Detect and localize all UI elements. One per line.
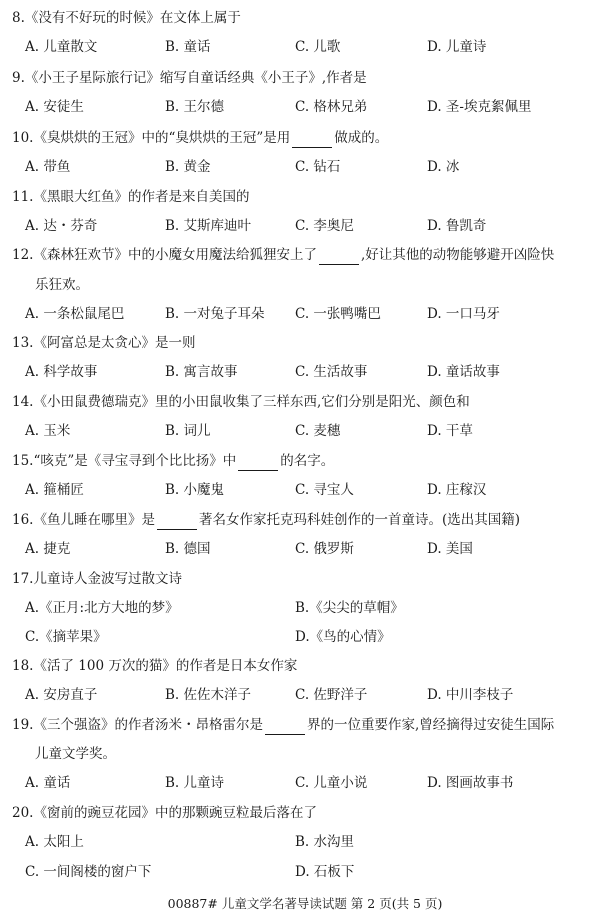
option-a[interactable]: A. 玉米 [25, 421, 70, 441]
option-b[interactable]: B. 德国 [165, 539, 211, 559]
option-d[interactable]: D. 一口马牙 [427, 304, 500, 324]
option-c[interactable]: C. 儿童小说 [295, 773, 367, 793]
question-number: 18. [12, 658, 33, 674]
option-d[interactable]: D. 庄稼汉 [427, 480, 486, 500]
option-d[interactable]: D.《鸟的心情》 [295, 627, 391, 647]
answer-blank [292, 133, 332, 148]
question-16: 16.《鱼儿睡在哪里》是著名女作家托克玛科娃创作的一首童诗。(选出其国籍) [12, 510, 520, 530]
option-d[interactable]: D. 干草 [427, 421, 473, 441]
question-8: 8.《没有不好玩的时候》在文体上属于 [12, 8, 241, 28]
option-b[interactable]: B. 水沟里 [295, 832, 354, 852]
question-text: “咳克”是《寻宝寻到个比比扬》中 [33, 453, 236, 469]
option-c[interactable]: C. 一间阁楼的窗户下 [25, 862, 151, 882]
option-a[interactable]: A.《正月:北方大地的梦》 [25, 598, 179, 618]
question-11: 11.《黑眼大红鱼》的作者是来自美国的 [12, 187, 249, 207]
option-c[interactable]: C. 生活故事 [295, 362, 367, 382]
option-d[interactable]: D. 中川李枝子 [427, 685, 513, 705]
option-c[interactable]: C. 一张鸭嘴巴 [295, 304, 381, 324]
option-a[interactable]: A. 科学故事 [25, 362, 97, 382]
question-text: 《活了 100 万次的猫》的作者是日本女作家 [33, 658, 297, 674]
question-text: 《鱼儿睡在哪里》是 [33, 512, 155, 528]
option-c[interactable]: C. 佐野洋子 [295, 685, 367, 705]
page-footer: 00887# 儿童文学名著导读试题 第 2 页(共 5 页) [0, 894, 610, 914]
question-text-after: ,好让其他的动物能够避开凶险快 [361, 247, 554, 263]
option-b[interactable]: B. 艾斯库迪叶 [165, 216, 251, 236]
option-b[interactable]: B. 儿童诗 [165, 773, 224, 793]
option-c[interactable]: C. 钻石 [295, 157, 340, 177]
option-c[interactable]: C. 儿歌 [295, 37, 340, 57]
question-text: 儿童诗人金波写过散文诗 [33, 571, 182, 587]
option-b[interactable]: B.《尖尖的草帽》 [295, 598, 404, 618]
option-a[interactable]: A. 箍桶匠 [25, 480, 84, 500]
question-text: 《小田鼠费德瑞克》里的小田鼠收集了三样东西,它们分别是阳光、颜色和 [33, 394, 469, 410]
option-d[interactable]: D. 美国 [427, 539, 473, 559]
question-number: 15. [12, 453, 33, 469]
option-c[interactable]: C. 格林兄弟 [295, 97, 367, 117]
question-text: 《窗前的豌豆花园》中的那颗豌豆粒最后落在了 [33, 805, 317, 821]
answer-blank [265, 720, 305, 735]
option-d[interactable]: D. 石板下 [295, 862, 354, 882]
question-number: 11. [12, 189, 33, 205]
question-text: 《黑眼大红鱼》的作者是来自美国的 [33, 189, 249, 205]
question-text: 《森林狂欢节》中的小魔女用魔法给狐狸安上了 [33, 247, 317, 263]
question-14: 14.《小田鼠费德瑞克》里的小田鼠收集了三样东西,它们分别是阳光、颜色和 [12, 392, 470, 412]
question-text-after: 界的一位重要作家,曾经摘得过安徒生国际 [307, 717, 554, 733]
option-b[interactable]: B. 词儿 [165, 421, 211, 441]
option-d[interactable]: D. 鲁凯奇 [427, 216, 486, 236]
question-number: 13. [12, 335, 33, 351]
option-b[interactable]: B. 童话 [165, 37, 211, 57]
option-b[interactable]: B. 王尔德 [165, 97, 224, 117]
option-c[interactable]: C. 寻宝人 [295, 480, 354, 500]
option-d[interactable]: D. 圣-埃克絮佩里 [427, 97, 532, 117]
question-9: 9.《小王子星际旅行记》缩写自童话经典《小王子》,作者是 [12, 68, 367, 88]
option-a[interactable]: A. 带鱼 [25, 157, 70, 177]
option-b[interactable]: B. 小魔鬼 [165, 480, 224, 500]
question-number: 20. [12, 805, 33, 821]
question-number: 9. [12, 70, 25, 86]
answer-blank [157, 515, 197, 530]
question-13: 13.《阿富总是太贪心》是一则 [12, 333, 195, 353]
option-c[interactable]: C. 李奥尼 [295, 216, 354, 236]
option-a[interactable]: A. 儿童散文 [25, 37, 97, 57]
question-text-after: 的名字。 [280, 453, 334, 469]
option-a[interactable]: A. 安徒生 [25, 97, 84, 117]
question-text-after: 做成的。 [334, 130, 388, 146]
question-text: 《没有不好玩的时候》在文体上属于 [25, 10, 241, 26]
option-b[interactable]: B. 黄金 [165, 157, 211, 177]
option-a[interactable]: A. 捷克 [25, 539, 70, 559]
question-18: 18.《活了 100 万次的猫》的作者是日本女作家 [12, 656, 297, 676]
option-d[interactable]: D. 冰 [427, 157, 459, 177]
option-c[interactable]: C.《摘苹果》 [25, 627, 107, 647]
option-a[interactable]: A. 一条松鼠尾巴 [25, 304, 124, 324]
option-b[interactable]: B. 寓言故事 [165, 362, 238, 382]
option-b[interactable]: B. 一对兔子耳朵 [165, 304, 265, 324]
question-number: 17. [12, 571, 33, 587]
option-b[interactable]: B. 佐佐木洋子 [165, 685, 251, 705]
question-number: 14. [12, 394, 33, 410]
question-12: 12.《森林狂欢节》中的小魔女用魔法给狐狸安上了,好让其他的动物能够避开凶险快 [12, 245, 554, 265]
question-10: 10.《臭烘烘的王冠》中的“臭烘烘的王冠”是用做成的。 [12, 128, 388, 148]
option-a[interactable]: A. 达・芬奇 [25, 216, 97, 236]
question-19: 19.《三个强盗》的作者汤米・昂格雷尔是界的一位重要作家,曾经摘得过安徒生国际 [12, 715, 554, 735]
option-a[interactable]: A. 太阳上 [25, 832, 84, 852]
option-d[interactable]: D. 儿童诗 [427, 37, 486, 57]
option-a[interactable]: A. 安房直子 [25, 685, 97, 705]
question-20: 20.《窗前的豌豆花园》中的那颗豌豆粒最后落在了 [12, 803, 317, 823]
question-number: 8. [12, 10, 25, 26]
answer-blank [238, 456, 278, 471]
question-19-continuation: 儿童文学奖。 [35, 744, 116, 764]
question-number: 19. [12, 717, 33, 733]
question-number: 10. [12, 130, 33, 146]
question-text: 《三个强盗》的作者汤米・昂格雷尔是 [33, 717, 263, 733]
question-number: 12. [12, 247, 33, 263]
question-text: 《臭烘烘的王冠》中的“臭烘烘的王冠”是用 [33, 130, 290, 146]
question-text-after: 著名女作家托克玛科娃创作的一首童诗。(选出其国籍) [199, 512, 520, 528]
question-15: 15.“咳克”是《寻宝寻到个比比扬》中的名字。 [12, 451, 334, 471]
option-c[interactable]: C. 麦穗 [295, 421, 340, 441]
question-12-continuation: 乐狂欢。 [35, 275, 89, 295]
question-17: 17.儿童诗人金波写过散文诗 [12, 569, 182, 589]
option-c[interactable]: C. 俄罗斯 [295, 539, 354, 559]
option-d[interactable]: D. 童话故事 [427, 362, 500, 382]
option-a[interactable]: A. 童话 [25, 773, 70, 793]
question-text: 《阿富总是太贪心》是一则 [33, 335, 195, 351]
question-number: 16. [12, 512, 33, 528]
answer-blank [319, 250, 359, 265]
option-d[interactable]: D. 图画故事书 [427, 773, 513, 793]
question-text: 《小王子星际旅行记》缩写自童话经典《小王子》,作者是 [25, 70, 367, 86]
